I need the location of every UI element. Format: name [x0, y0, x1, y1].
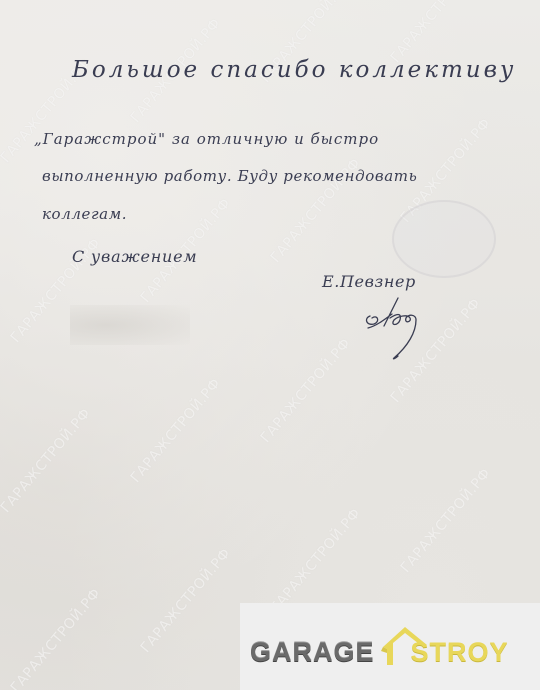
signature-icon [362, 296, 442, 362]
signer-name: Е.Певзнер [322, 272, 416, 291]
letter-line-3: выполненную работу. Буду рекомендовать [42, 167, 417, 185]
letter-line-4: коллегам. [42, 205, 127, 223]
letter-closing: С уважением [72, 247, 198, 266]
letter-line-1: Большое спасибо коллективу [72, 57, 516, 83]
letter-paper [0, 0, 540, 690]
stamp-icon [392, 200, 496, 278]
logo-word-stroy: STROY [411, 637, 509, 668]
letter-line-2: „Гаражстрой" за отличную и быстро [34, 130, 379, 148]
paper-shadow [70, 305, 190, 345]
company-logo: GARAGE STROY [250, 632, 509, 672]
logo-word-garage: GARAGE [250, 637, 375, 668]
